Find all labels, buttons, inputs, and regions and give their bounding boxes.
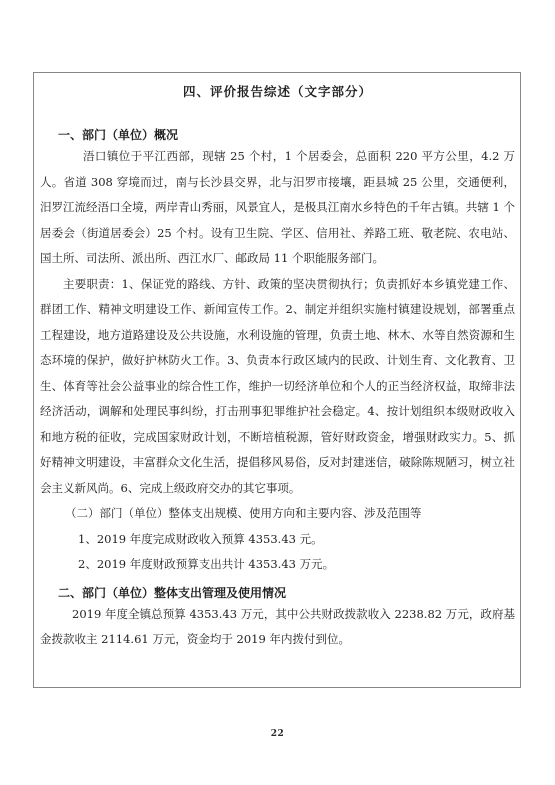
paragraph-budget-usage: 2019 年度全镇总预算 4353.43 万元，其中公共财政拨款收入 2238.… <box>40 602 515 653</box>
report-section-title: 四、评价报告综述（文字部分） <box>40 82 515 101</box>
subheading-expenditure-scale: （二）部门（单位）整体支出规模、使用方向和主要内容、涉及范围等 <box>40 501 515 527</box>
item-expenditure-budget: 2、2019 年度财政预算支出共计 4353.43 万元。 <box>40 552 515 578</box>
paragraph-town-overview: 浯口镇位于平江西部，现辖 25 个村，1 个居委会，总面积 220 平方公里，4… <box>40 144 515 272</box>
report-text-table-cell: 四、评价报告综述（文字部分） 一、部门（单位）概况 浯口镇位于平江西部，现辖 2… <box>33 72 521 688</box>
heading-expenditure-management: 二、部门（单位）整体支出管理及使用情况 <box>40 585 515 602</box>
page-number: 22 <box>0 729 555 739</box>
document-page: 四、评价报告综述（文字部分） 一、部门（单位）概况 浯口镇位于平江西部，现辖 2… <box>0 0 555 785</box>
item-revenue-budget: 1、2019 年度完成财政收入预算 4353.43 元。 <box>40 527 515 553</box>
heading-department-overview: 一、部门（单位）概况 <box>40 127 515 144</box>
paragraph-main-duties: 主要职责：1、保证党的路线、方针、政策的坚决贯彻执行；负责抓好本乡镇党建工作、群… <box>40 272 515 502</box>
